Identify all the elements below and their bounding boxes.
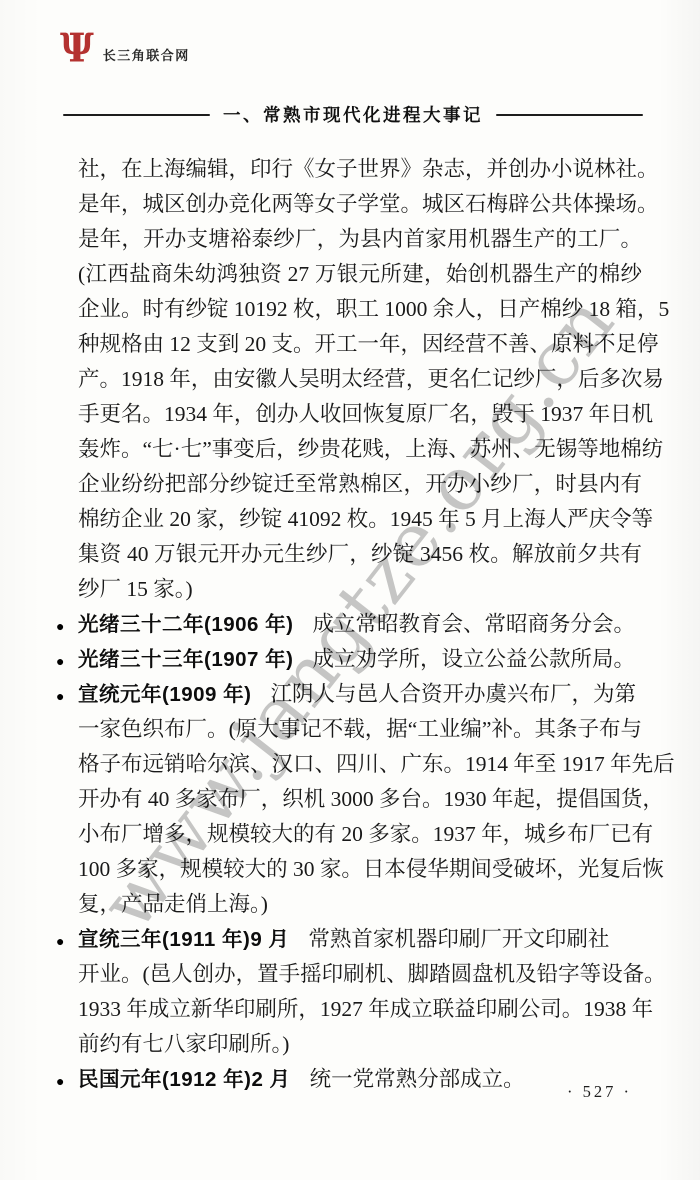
event-entry: ●光绪三十三年(1907 年)成立劝学所，设立公益公款所局。	[56, 642, 642, 677]
event-entry: ●宣统元年(1909 年)江阴人与邑人合资开办虞兴布厂，为第	[56, 677, 642, 712]
page-number: · 527 ·	[567, 1082, 632, 1102]
event-era: 宣统三年(1911 年)9 月	[78, 922, 289, 957]
event-era: 宣统元年(1909 年)	[78, 677, 251, 712]
content: 社，在上海编辑，印行《女子世界》杂志，并创办小说林社。是年，城区创办竞化两等女子…	[56, 152, 642, 1097]
text-line: 企业纷纷把部分纱锭迁至常熟棉区，开办小纱厂，时县内有	[56, 467, 642, 502]
text-line: 轰炸。“七·七”事变后，纱贵花贱，上海、苏州、无锡等地棉纺	[56, 432, 642, 467]
text-line: 是年，城区创办竞化两等女子学堂。城区石梅辟公共体操场。	[56, 187, 642, 222]
text-line: 100 多家，规模较大的 30 家。日本侵华期间受破坏，光复后恢	[56, 852, 642, 887]
header-rule-right	[496, 114, 643, 116]
brand-logo-icon: Ψ	[60, 29, 94, 68]
event-text: 江阴人与邑人合资开办虞兴布厂，为第	[270, 677, 636, 712]
scanned-book-page: Ψ 长三角联合网 一、常熟市现代化进程大事记 社，在上海编辑，印行《女子世界》杂…	[0, 0, 700, 1180]
site-logo: Ψ 长三角联合网	[60, 30, 190, 67]
event-text: 成立常昭教育会、常昭商务分会。	[312, 607, 635, 642]
event-entry: ●光绪三十二年(1906 年)成立常昭教育会、常昭商务分会。	[56, 607, 642, 642]
text-line: 企业。时有纱锭 10192 枚，职工 1000 余人，日产棉纱 18 箱，5	[56, 292, 642, 327]
text-line: 1933 年成立新华印刷所，1927 年成立联益印刷公司。1938 年	[56, 992, 642, 1027]
text-line: 小布厂增多，规模较大的有 20 多家。1937 年，城乡布厂已有	[56, 817, 642, 852]
text-line: 产。1918 年，由安徽人吴明太经营，更名仁记纱厂，后多次易	[56, 362, 642, 397]
bullet-icon: ●	[56, 645, 78, 680]
bullet-icon: ●	[56, 680, 78, 715]
brand-name: 长三角联合网	[103, 33, 190, 64]
text-line: 复，产品走俏上海。)	[56, 887, 642, 922]
event-era: 光绪三十三年(1907 年)	[78, 642, 293, 677]
text-line: 社，在上海编辑，印行《女子世界》杂志，并创办小说林社。	[56, 152, 642, 187]
event-text: 统一党常熟分部成立。	[310, 1062, 525, 1097]
event-entry: ●宣统三年(1911 年)9 月常熟首家机器印刷厂开文印刷社	[56, 922, 642, 957]
event-text: 常熟首家机器印刷厂开文印刷社	[308, 922, 609, 957]
event-era: 民国元年(1912 年)2 月	[78, 1062, 291, 1097]
text-line: 棉纺企业 20 家，纱锭 41092 枚。1945 年 5 月上海人严庆令等	[56, 502, 642, 537]
text-line: 种规格由 12 支到 20 支。开工一年，因经营不善、原料不足停	[56, 327, 642, 362]
text-line: (江西盐商朱幼鸿独资 27 万银元所建，始创机器生产的棉纱	[56, 257, 642, 292]
text-line: 是年，开办支塘裕泰纱厂，为县内首家用机器生产的工厂。	[56, 222, 642, 257]
event-text: 成立劝学所，设立公益公款所局。	[312, 642, 635, 677]
text-line: 集资 40 万银元开办元生纱厂，纱锭 3456 枚。解放前夕共有	[56, 537, 642, 572]
bullet-icon: ●	[56, 1065, 78, 1100]
bullet-icon: ●	[56, 610, 78, 645]
text-line: 一家色织布厂。(原大事记不载，据“工业编”补。其条子布与	[56, 712, 642, 747]
text-line: 开办有 40 多家布厂，织机 3000 多台。1930 年起，提倡国货，	[56, 782, 642, 817]
text-line: 开业。(邑人创办，置手摇印刷机、脚踏圆盘机及铅字等设备。	[56, 957, 642, 992]
text-line: 前约有七八家印刷所。)	[56, 1027, 642, 1062]
text-line: 格子布远销哈尔滨、汉口、四川、广东。1914 年至 1917 年先后	[56, 747, 642, 782]
event-era: 光绪三十二年(1906 年)	[78, 607, 293, 642]
chapter-title: 一、常熟市现代化进程大事记	[223, 102, 483, 127]
text-line: 手更名。1934 年，创办人收回恢复原厂名，毁于 1937 年日机	[56, 397, 642, 432]
header-rule-left	[63, 114, 210, 116]
event-entry: ●民国元年(1912 年)2 月统一党常熟分部成立。	[56, 1062, 642, 1097]
bullet-icon: ●	[56, 925, 78, 960]
text-line: 纱厂 15 家。)	[56, 572, 642, 607]
chapter-header: 一、常熟市现代化进程大事记	[63, 102, 643, 127]
